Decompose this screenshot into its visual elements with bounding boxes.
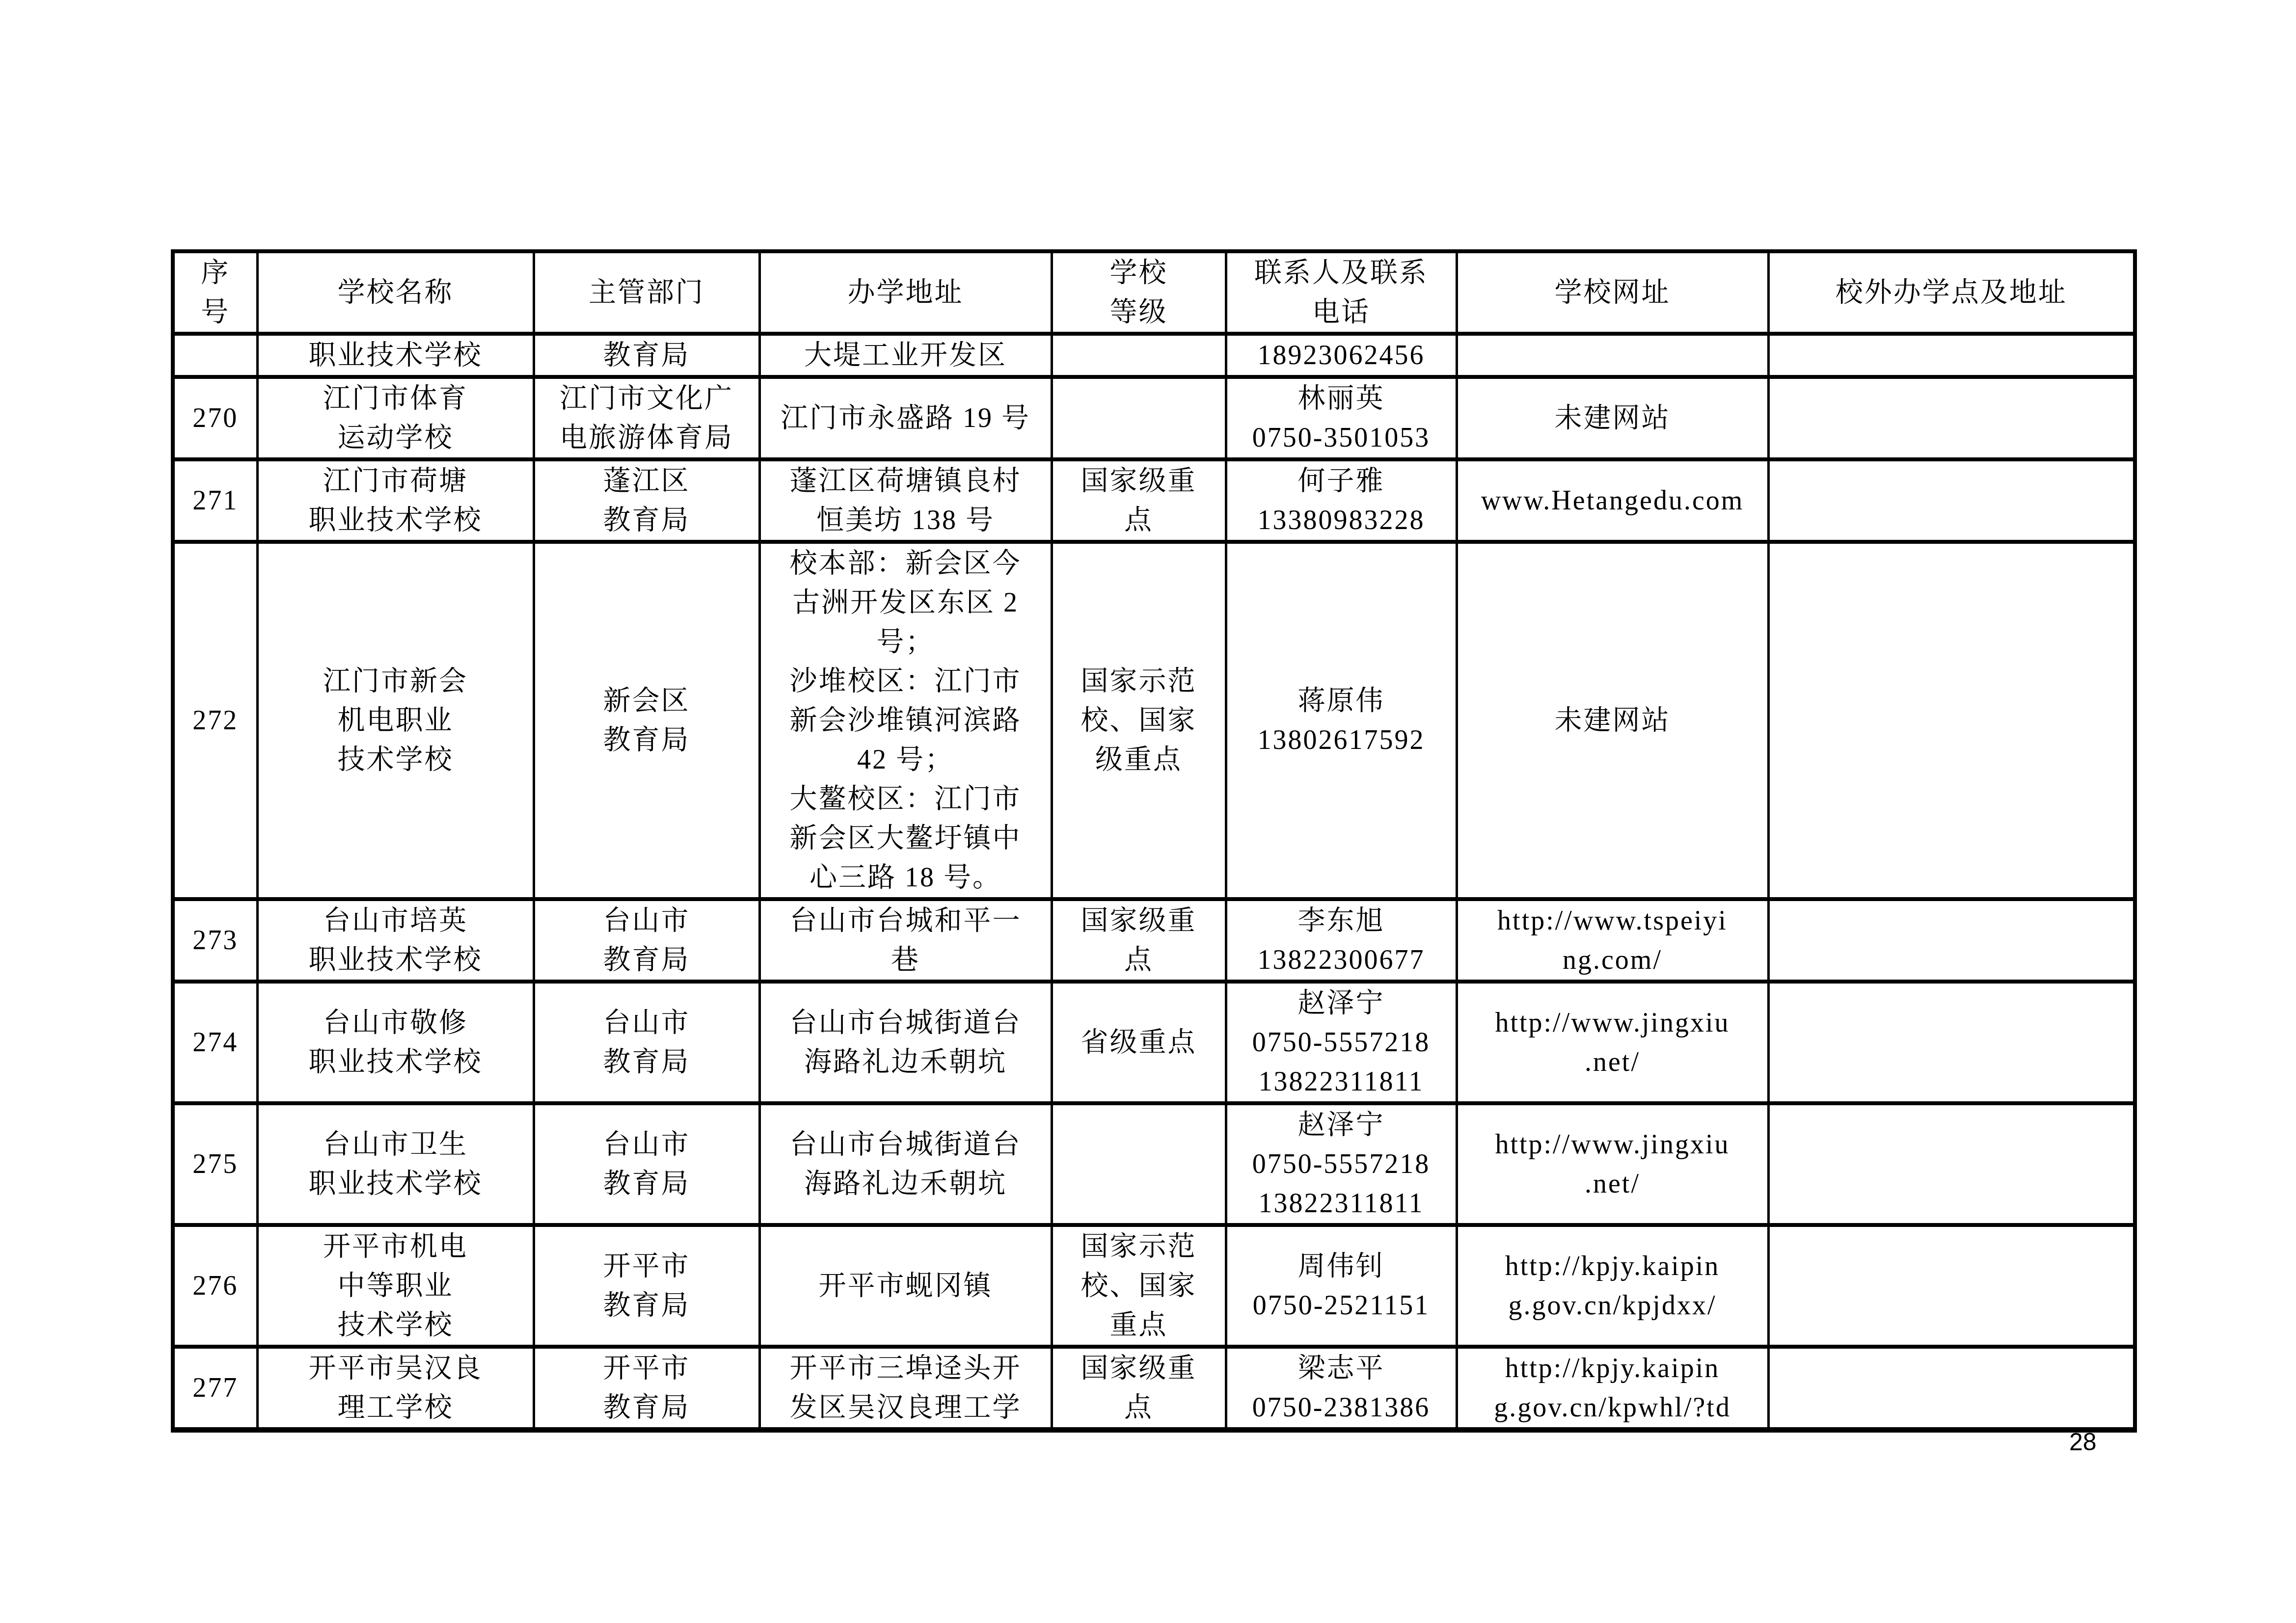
cell-address: 开平市蚬冈镇	[759, 1225, 1052, 1347]
cell-offsite	[1768, 377, 2135, 459]
cell-offsite	[1768, 334, 2135, 377]
cell-school-name: 开平市吴汉良 理工学校	[257, 1347, 534, 1430]
column-header-department: 主管部门	[534, 251, 759, 334]
cell-department: 蓬江区 教育局	[534, 459, 759, 542]
cell-index: 272	[173, 542, 257, 899]
header-row: 序 号 学校名称 主管部门 办学地址 学校 等级 联系人及联系 电话 学校网址 …	[173, 251, 2135, 334]
cell-level: 国家示范 校、国家 重点	[1052, 1225, 1226, 1347]
column-header-index: 序 号	[173, 251, 257, 334]
column-header-offsite: 校外办学点及地址	[1768, 251, 2135, 334]
cell-website: http://www.tspeiyi ng.com/	[1457, 899, 1768, 982]
cell-department: 新会区 教育局	[534, 542, 759, 899]
cell-offsite	[1768, 899, 2135, 982]
cell-school-name: 职业技术学校	[257, 334, 534, 377]
cell-website: 未建网站	[1457, 377, 1768, 459]
cell-level	[1052, 377, 1226, 459]
cell-index: 270	[173, 377, 257, 459]
cell-department: 台山市 教育局	[534, 899, 759, 982]
cell-offsite	[1768, 982, 2135, 1103]
column-header-school-name: 学校名称	[257, 251, 534, 334]
cell-address: 开平市三埠迳头开 发区吴汉良理工学	[759, 1347, 1052, 1430]
cell-index: 276	[173, 1225, 257, 1347]
cell-department: 台山市 教育局	[534, 1103, 759, 1225]
table-row: 277 开平市吴汉良 理工学校 开平市 教育局 开平市三埠迳头开 发区吴汉良理工…	[173, 1347, 2135, 1430]
column-header-contact: 联系人及联系 电话	[1226, 251, 1457, 334]
cell-school-name: 台山市敬修 职业技术学校	[257, 982, 534, 1103]
table-row: 职业技术学校 教育局 大堤工业开发区 18923062456	[173, 334, 2135, 377]
cell-school-name: 台山市培英 职业技术学校	[257, 899, 534, 982]
column-header-website: 学校网址	[1457, 251, 1768, 334]
cell-level: 国家级重 点	[1052, 459, 1226, 542]
column-header-level: 学校 等级	[1052, 251, 1226, 334]
cell-website: www.Hetangedu.com	[1457, 459, 1768, 542]
cell-department: 台山市 教育局	[534, 982, 759, 1103]
table-row: 276 开平市机电 中等职业 技术学校 开平市 教育局 开平市蚬冈镇 国家示范 …	[173, 1225, 2135, 1347]
cell-index: 275	[173, 1103, 257, 1225]
cell-address: 大堤工业开发区	[759, 334, 1052, 377]
cell-contact: 何子雅 13380983228	[1226, 459, 1457, 542]
table-row: 275 台山市卫生 职业技术学校 台山市 教育局 台山市台城街道台 海路礼边禾朝…	[173, 1103, 2135, 1225]
cell-website: 未建网站	[1457, 542, 1768, 899]
cell-website: http://kpjy.kaipin g.gov.cn/kpjdxx/	[1457, 1225, 1768, 1347]
cell-level	[1052, 334, 1226, 377]
table-row: 274 台山市敬修 职业技术学校 台山市 教育局 台山市台城街道台 海路礼边禾朝…	[173, 982, 2135, 1103]
cell-contact: 赵泽宁 0750-5557218 13822311811	[1226, 1103, 1457, 1225]
page-number: 28	[2069, 1427, 2097, 1457]
cell-contact: 林丽英 0750-3501053	[1226, 377, 1457, 459]
column-header-address: 办学地址	[759, 251, 1052, 334]
cell-level	[1052, 1103, 1226, 1225]
cell-contact: 李东旭 13822300677	[1226, 899, 1457, 982]
cell-offsite	[1768, 1347, 2135, 1430]
cell-department: 江门市文化广 电旅游体育局	[534, 377, 759, 459]
table-row: 271 江门市荷塘 职业技术学校 蓬江区 教育局 蓬江区荷塘镇良村 恒美坊 13…	[173, 459, 2135, 542]
table-row: 272 江门市新会 机电职业 技术学校 新会区 教育局 校本部：新会区今 古洲开…	[173, 542, 2135, 899]
cell-school-name: 江门市新会 机电职业 技术学校	[257, 542, 534, 899]
cell-offsite	[1768, 459, 2135, 542]
cell-contact: 赵泽宁 0750-5557218 13822311811	[1226, 982, 1457, 1103]
cell-index: 273	[173, 899, 257, 982]
cell-department: 开平市 教育局	[534, 1347, 759, 1430]
cell-address: 江门市永盛路 19 号	[759, 377, 1052, 459]
cell-website: http://kpjy.kaipin g.gov.cn/kpwhl/?td	[1457, 1347, 1768, 1430]
cell-website: http://www.jingxiu .net/	[1457, 982, 1768, 1103]
cell-level: 省级重点	[1052, 982, 1226, 1103]
cell-address: 台山市台城街道台 海路礼边禾朝坑	[759, 982, 1052, 1103]
cell-contact: 梁志平 0750-2381386	[1226, 1347, 1457, 1430]
table-row: 270 江门市体育 运动学校 江门市文化广 电旅游体育局 江门市永盛路 19 号…	[173, 377, 2135, 459]
cell-address: 蓬江区荷塘镇良村 恒美坊 138 号	[759, 459, 1052, 542]
cell-offsite	[1768, 1103, 2135, 1225]
cell-school-name: 开平市机电 中等职业 技术学校	[257, 1225, 534, 1347]
cell-department: 开平市 教育局	[534, 1225, 759, 1347]
cell-website: http://www.jingxiu .net/	[1457, 1103, 1768, 1225]
cell-department: 教育局	[534, 334, 759, 377]
document-page: 序 号 学校名称 主管部门 办学地址 学校 等级 联系人及联系 电话 学校网址 …	[0, 0, 2296, 1623]
cell-index: 274	[173, 982, 257, 1103]
cell-school-name: 江门市荷塘 职业技术学校	[257, 459, 534, 542]
cell-school-name: 江门市体育 运动学校	[257, 377, 534, 459]
cell-address: 校本部：新会区今 古洲开发区东区 2 号； 沙堆校区：江门市 新会沙堆镇河滨路 …	[759, 542, 1052, 899]
cell-index	[173, 334, 257, 377]
cell-contact: 蒋原伟 13802617592	[1226, 542, 1457, 899]
table-row: 273 台山市培英 职业技术学校 台山市 教育局 台山市台城和平一 巷 国家级重…	[173, 899, 2135, 982]
cell-offsite	[1768, 1225, 2135, 1347]
cell-website	[1457, 334, 1768, 377]
cell-address: 台山市台城街道台 海路礼边禾朝坑	[759, 1103, 1052, 1225]
cell-contact: 周伟钊 0750-2521151	[1226, 1225, 1457, 1347]
cell-offsite	[1768, 542, 2135, 899]
cell-level: 国家示范 校、国家 级重点	[1052, 542, 1226, 899]
cell-level: 国家级重 点	[1052, 1347, 1226, 1430]
cell-level: 国家级重 点	[1052, 899, 1226, 982]
cell-address: 台山市台城和平一 巷	[759, 899, 1052, 982]
cell-school-name: 台山市卫生 职业技术学校	[257, 1103, 534, 1225]
cell-contact: 18923062456	[1226, 334, 1457, 377]
cell-index: 271	[173, 459, 257, 542]
cell-index: 277	[173, 1347, 257, 1430]
schools-table: 序 号 学校名称 主管部门 办学地址 学校 等级 联系人及联系 电话 学校网址 …	[171, 249, 2137, 1433]
